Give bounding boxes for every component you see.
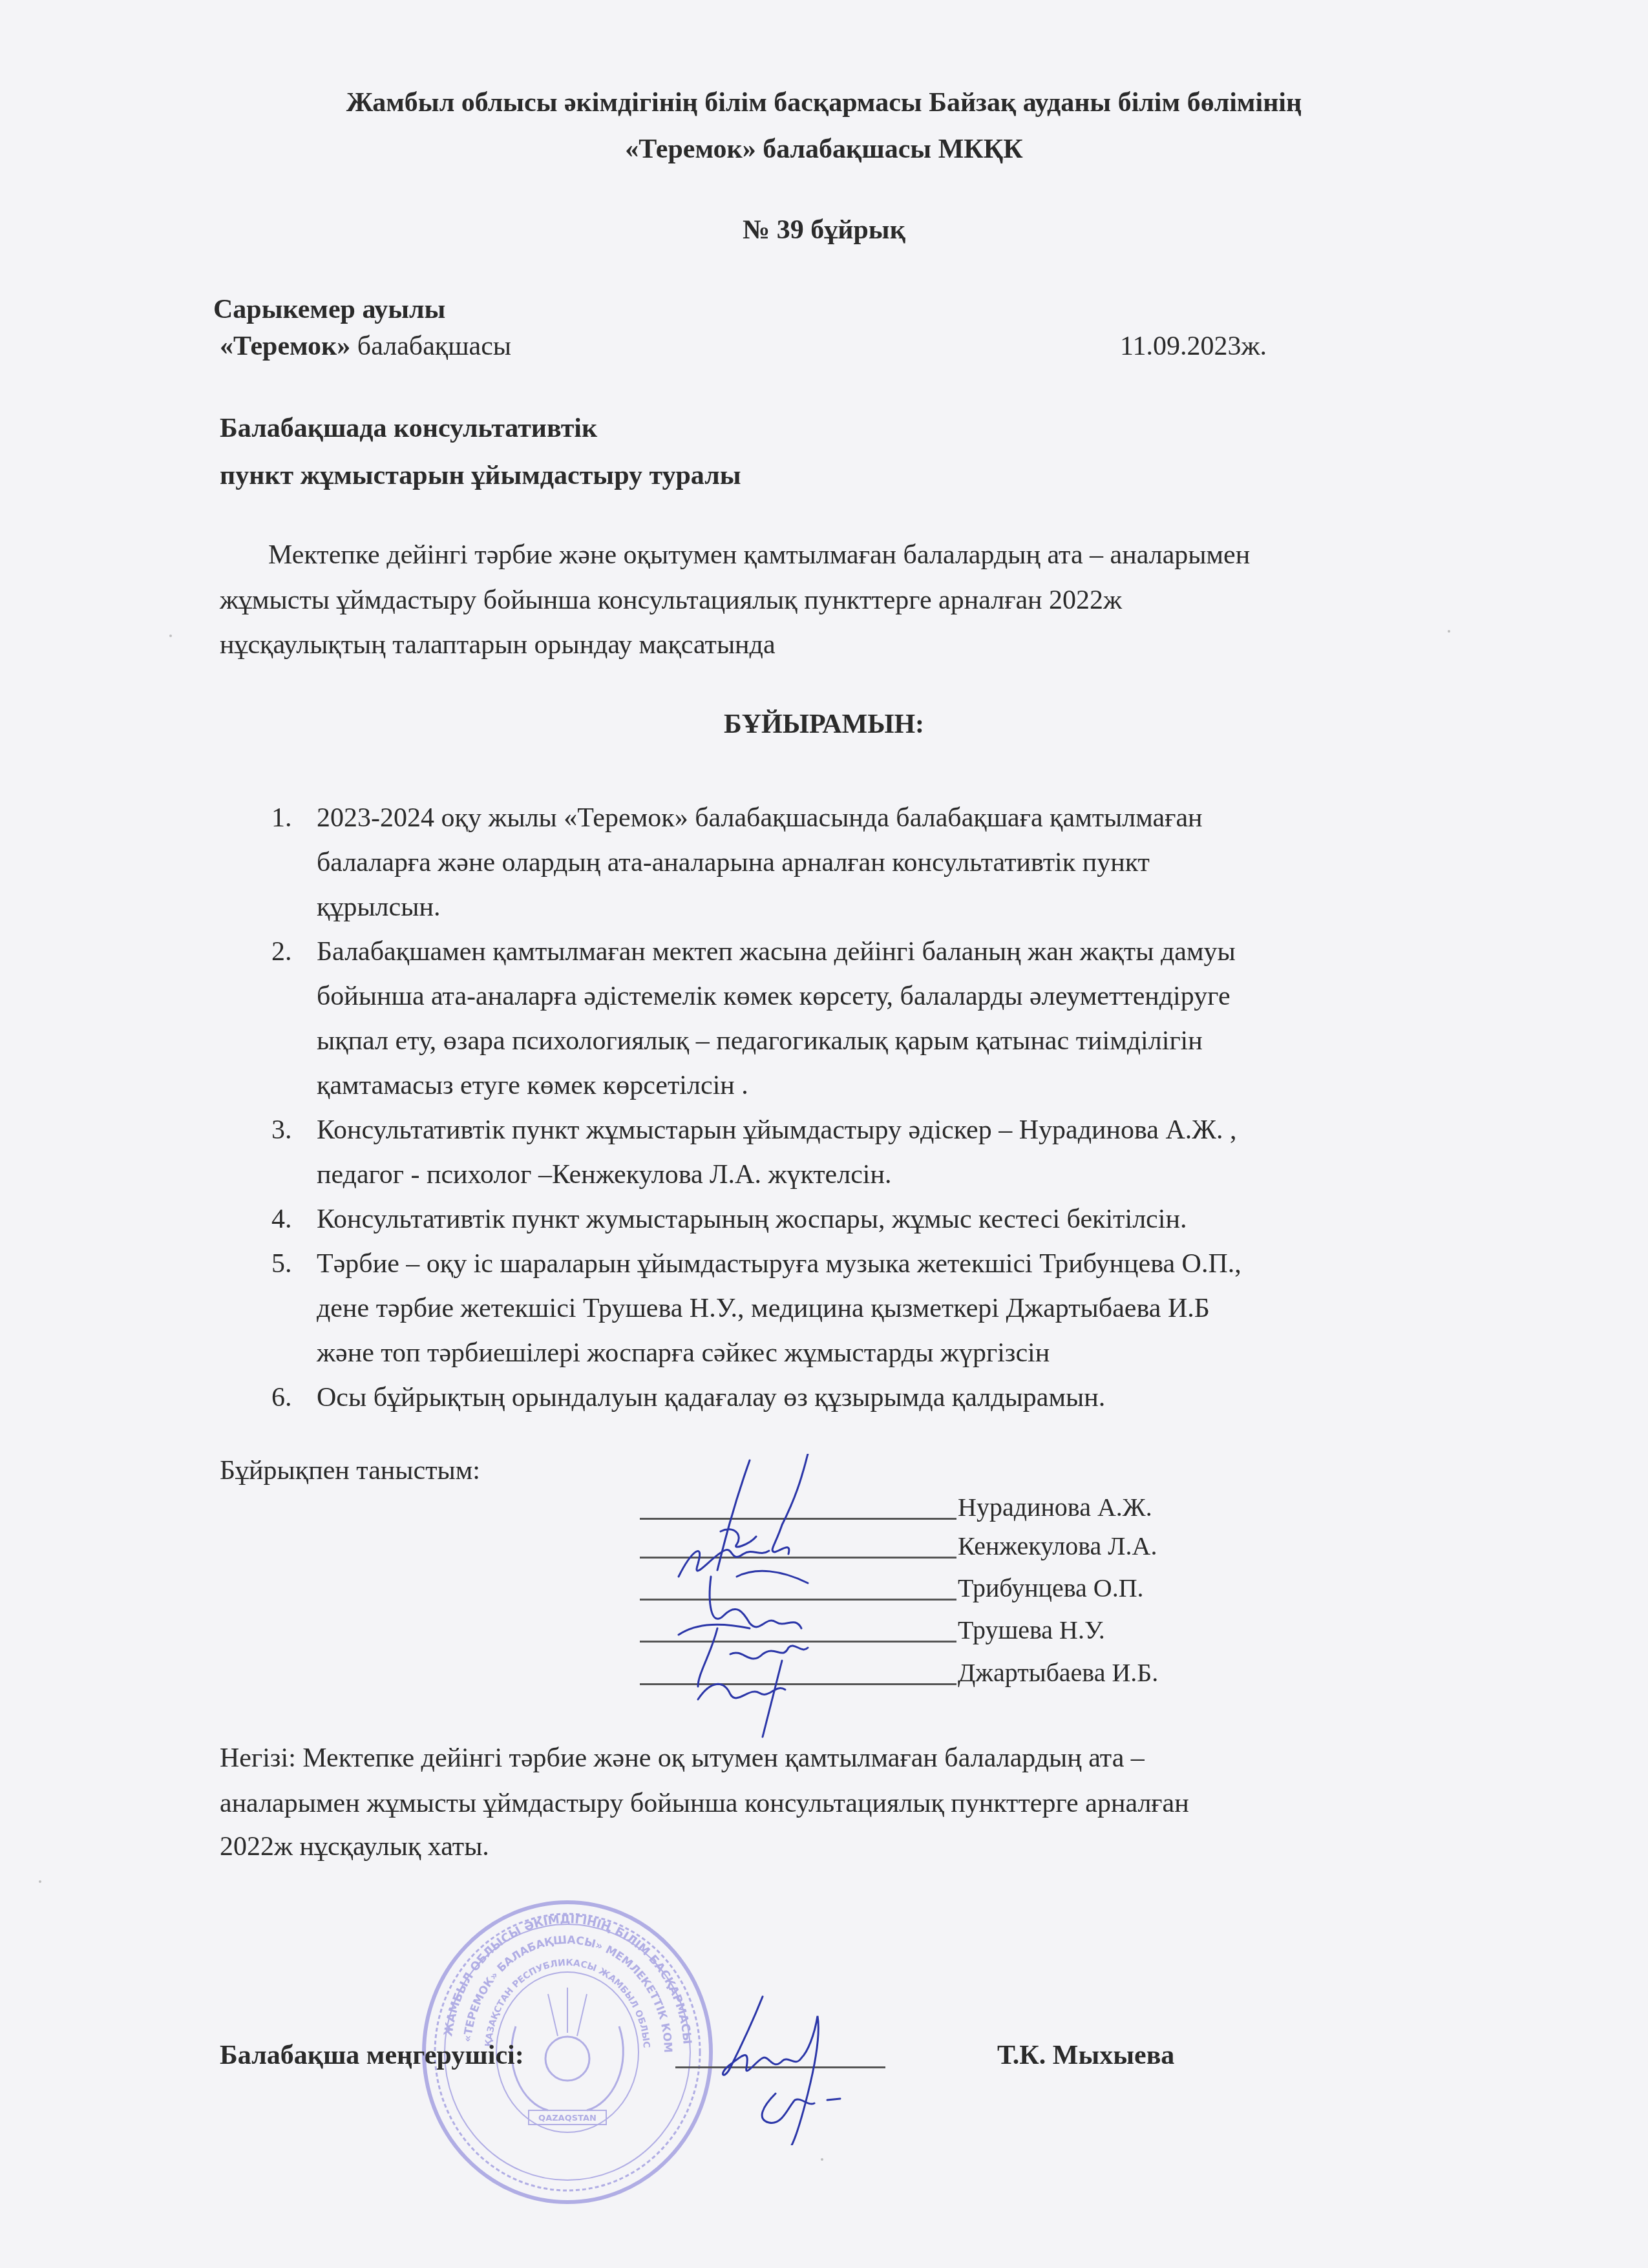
svg-text:QAZAQSTAN: QAZAQSTAN	[538, 2114, 597, 2123]
order-item-5: 5. Тәрбие – оқу іс шараларын ұйымдастыру…	[246, 1242, 1467, 1376]
order-item-line: педагог - психолог –Кенжекулова Л.А. жүк…	[317, 1153, 1467, 1197]
scan-speck	[1448, 630, 1450, 633]
preamble-line-3: нұсқаулықтың талаптарын орындау мақсатын…	[220, 631, 776, 658]
order-item-line: бойынша ата-аналарға әдістемелік көмек к…	[317, 974, 1467, 1019]
order-item-number: 5.	[271, 1242, 292, 1286]
order-item-3: 3. Консультативтік пункт жұмыстарын ұйым…	[246, 1108, 1467, 1197]
signatory-name: Джартыбаева И.Б.	[958, 1657, 1158, 1688]
order-item-number: 6.	[271, 1376, 292, 1420]
handwritten-signatures-icon	[672, 1454, 905, 1738]
order-item-number: 2.	[271, 930, 292, 974]
preamble-line-2: жұмысты ұймдастыру бойынша консультациял…	[220, 587, 1122, 614]
kindergarten-name-rest: балабақшасы	[350, 331, 511, 361]
order-item-line: дене тәрбие жетекшісі Трушева Н.У., меди…	[317, 1286, 1467, 1331]
order-item-2: 2. Балабақшамен қамтылмаған мектеп жасын…	[246, 930, 1467, 1108]
order-item-6: 6. Осы бұйрықтың орындалуын қадағалау өз…	[246, 1376, 1467, 1420]
order-item-line: Тәрбие – оқу іс шараларын ұйымдастыруға …	[317, 1242, 1467, 1286]
order-item-number: 4.	[271, 1197, 292, 1242]
organization-line-1: Жамбыл облысы әкімдігінің білім басқарма…	[0, 89, 1648, 116]
order-number: № 39 бұйрық	[0, 216, 1648, 244]
order-item-line: құрылсын.	[317, 885, 1467, 930]
order-item-line: және топ тәрбиешілері жоспарға сәйкес жұ…	[317, 1331, 1467, 1376]
signatory-name: Кенжекулова Л.А.	[958, 1531, 1157, 1561]
village-name: Сарыкемер ауылы	[213, 296, 445, 323]
preamble-line-1: Мектепке дейінгі тәрбие және оқытумен қа…	[268, 541, 1250, 569]
order-date: 11.09.2023ж.	[1120, 333, 1267, 360]
scan-speck	[39, 1880, 41, 1883]
order-item-line: балаларға және олардың ата-аналарына арн…	[317, 841, 1467, 885]
order-item-line: Консультативтік пункт жумыстарының жоспа…	[317, 1197, 1467, 1242]
order-item-number: 3.	[271, 1108, 292, 1153]
order-item-line: ықпал ету, өзара психологиялық – педагог…	[317, 1019, 1467, 1064]
basis-line-1: Негізі: Мектепке дейінгі тәрбие және оқ …	[220, 1745, 1145, 1772]
basis-line-3: 2022ж нұсқаулық хаты.	[220, 1833, 489, 1860]
order-item-line: Балабақшамен қамтылмаған мектеп жасына д…	[317, 930, 1467, 974]
order-item-4: 4. Консультативтік пункт жумыстарының жо…	[246, 1197, 1467, 1242]
head-position-label: Балабақша меңгерушісі:	[220, 2042, 524, 2069]
organization-line-2: «Теремок» балабақшасы МКҚК	[0, 136, 1648, 163]
order-heading: БҰЙЫРАМЫН:	[0, 711, 1648, 738]
signatory-name: Трушева Н.У.	[958, 1615, 1105, 1645]
order-item-line: 2023-2024 оқу жылы «Теремок» балабақшасы…	[317, 796, 1467, 841]
acknowledgement-label: Бұйрықпен таныстым:	[220, 1457, 480, 1484]
head-signature-icon	[711, 1990, 905, 2145]
order-item-number: 1.	[271, 796, 292, 841]
order-item-line: Консультативтік пункт жұмыстарын ұйымдас…	[317, 1108, 1467, 1153]
order-document: Жамбыл облысы әкімдігінің білім басқарма…	[0, 0, 1648, 2268]
orders-list: 1. 2023-2024 оқу жылы «Теремок» балабақш…	[246, 796, 1467, 1420]
scan-speck	[821, 2158, 823, 2161]
kindergarten-name-bold: «Теремок»	[220, 331, 350, 361]
signatory-name: Трибунцева О.П.	[958, 1573, 1144, 1603]
order-title-line-1: Балабақшада консультативтік	[220, 415, 597, 442]
signatory-name: Нурадинова А.Ж.	[958, 1492, 1152, 1522]
basis-line-2: аналарымен жұмысты ұймдастыру бойынша ко…	[220, 1790, 1189, 1817]
head-name: Т.К. Мыхыева	[997, 2042, 1174, 2069]
scan-speck	[169, 635, 172, 637]
order-item-line: Осы бұйрықтың орындалуын қадағалау өз құ…	[317, 1376, 1467, 1420]
kindergarten-name: «Теремок» балабақшасы	[220, 333, 511, 360]
order-item-line: қамтамасыз етуге көмек көрсетілсін .	[317, 1064, 1467, 1108]
order-title-line-2: пункт жұмыстарын ұйымдастыру туралы	[220, 462, 741, 489]
order-item-1: 1. 2023-2024 оқу жылы «Теремок» балабақш…	[246, 796, 1467, 930]
